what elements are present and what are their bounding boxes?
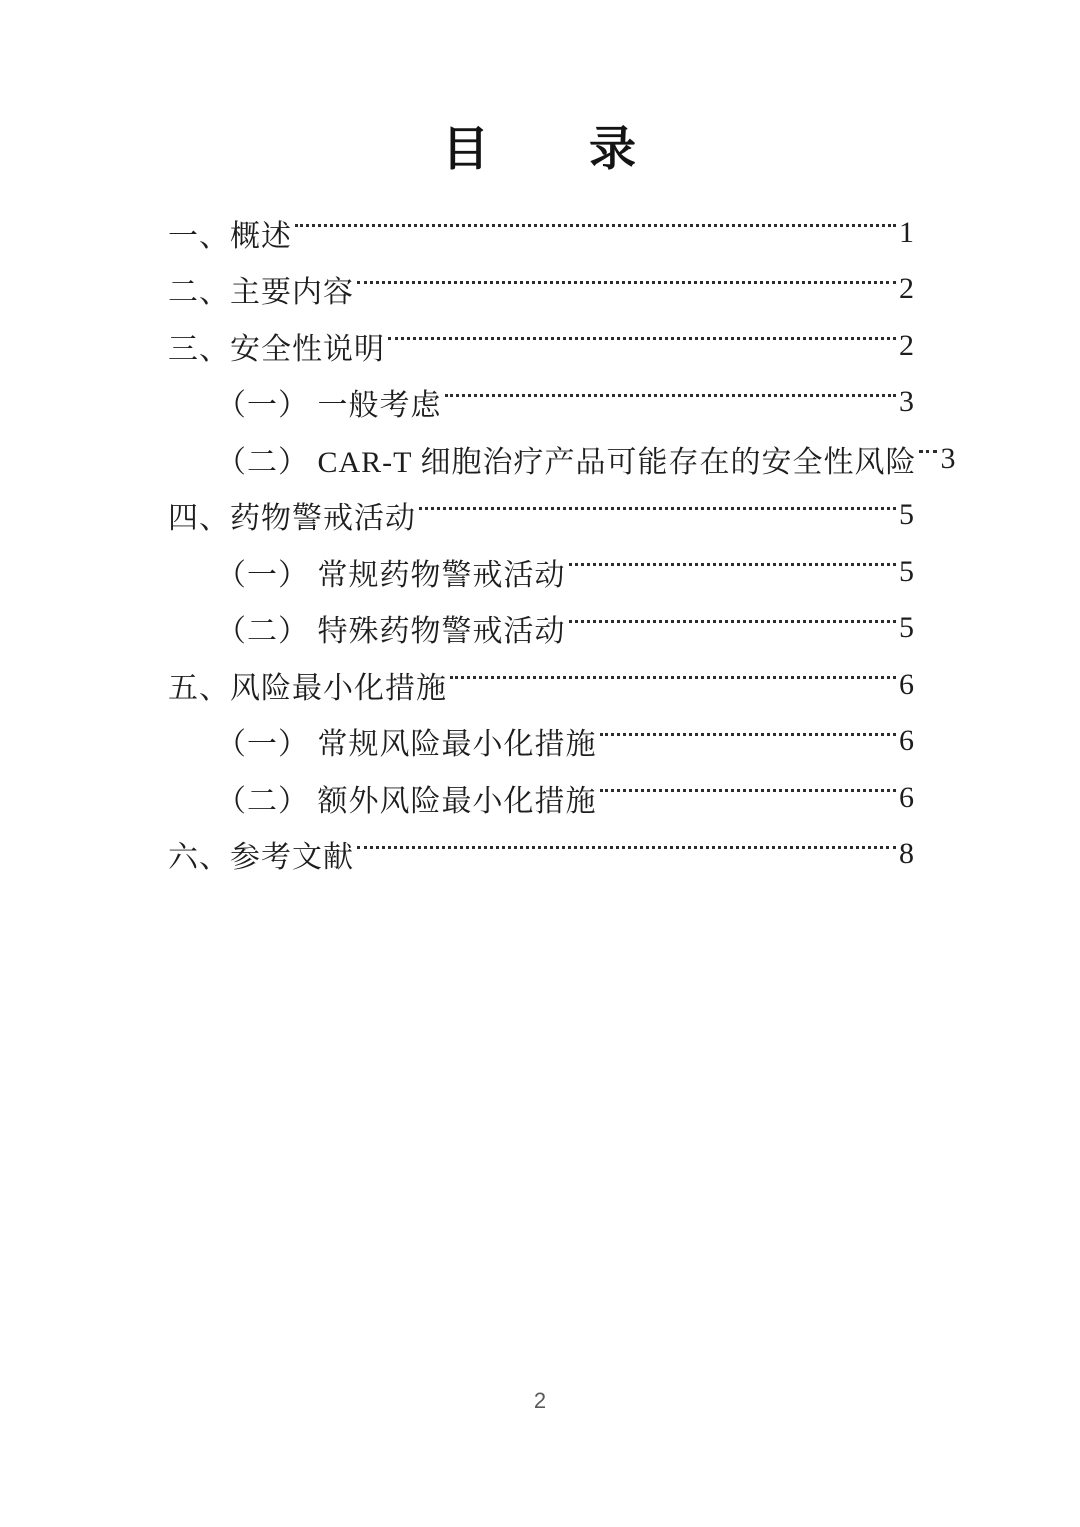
toc-entry-page-number: 5	[899, 498, 914, 532]
toc-entry-label: （一） 常规药物警戒活动	[216, 550, 566, 594]
toc-entry-label: 二、主要内容	[168, 267, 354, 311]
toc-entry-label: （二） 特殊药物警戒活动	[216, 606, 566, 650]
toc-entry-label: （二） CAR-T 细胞治疗产品可能存在的安全性风险	[216, 437, 916, 481]
toc-entry-page-number: 6	[899, 668, 914, 702]
toc-dot-leader	[357, 846, 896, 849]
toc-entry: （一） 一般考虑3	[168, 374, 914, 431]
toc-entry-page-number: 8	[899, 837, 914, 871]
toc-dot-leader	[919, 450, 937, 453]
toc-entry-label: 三、安全性说明	[168, 324, 385, 368]
table-of-contents: 一、概述1二、主要内容2三、安全性说明2（一） 一般考虑3（二） CAR-T 细…	[0, 204, 1080, 882]
toc-dot-leader	[445, 394, 897, 397]
toc-dot-leader	[569, 563, 897, 566]
toc-entry: （二） 额外风险最小化措施6	[168, 769, 914, 826]
document-page: 目 录 一、概述1二、主要内容2三、安全性说明2（一） 一般考虑3（二） CAR…	[0, 0, 1080, 1527]
page-title: 目 录	[0, 0, 1080, 178]
toc-dot-leader	[388, 337, 896, 340]
toc-entry-page-number: 2	[899, 272, 914, 306]
toc-entry-label: 六、参考文献	[168, 832, 354, 876]
toc-entry-page-number: 5	[899, 555, 914, 589]
toc-entry-label: （一） 一般考虑	[216, 380, 442, 424]
toc-dot-leader	[600, 733, 897, 736]
toc-dot-leader	[357, 281, 896, 284]
toc-entry: （二） CAR-T 细胞治疗产品可能存在的安全性风险3	[168, 430, 914, 487]
toc-entry: （二） 特殊药物警戒活动5	[168, 600, 914, 657]
toc-entry-label: 一、概述	[168, 211, 292, 255]
toc-entry: 一、概述1	[168, 204, 914, 261]
toc-entry: 六、参考文献8	[168, 826, 914, 883]
toc-entry-page-number: 5	[899, 611, 914, 645]
toc-entry-page-number: 3	[899, 385, 914, 419]
footer-page-number: 2	[0, 1388, 1080, 1414]
toc-entry-label: 五、风险最小化措施	[168, 663, 447, 707]
toc-entry-label: 四、药物警戒活动	[168, 493, 416, 537]
toc-dot-leader	[450, 676, 896, 679]
toc-entry: （一） 常规药物警戒活动5	[168, 543, 914, 600]
toc-dot-leader	[419, 507, 896, 510]
toc-entry-page-number: 2	[899, 329, 914, 363]
toc-entry-page-number: 6	[899, 781, 914, 815]
toc-entry-page-number: 1	[899, 216, 914, 250]
toc-dot-leader	[569, 620, 897, 623]
toc-entry-page-number: 3	[940, 442, 955, 476]
toc-entry: 三、安全性说明2	[168, 317, 914, 374]
toc-entry: 二、主要内容2	[168, 261, 914, 318]
toc-entry: （一） 常规风险最小化措施6	[168, 713, 914, 770]
toc-entry-page-number: 6	[899, 724, 914, 758]
toc-entry: 五、风险最小化措施6	[168, 656, 914, 713]
toc-entry: 四、药物警戒活动5	[168, 487, 914, 544]
toc-entry-label: （一） 常规风险最小化措施	[216, 719, 597, 763]
toc-dot-leader	[600, 789, 897, 792]
toc-entry-label: （二） 额外风险最小化措施	[216, 776, 597, 820]
toc-dot-leader	[295, 224, 896, 227]
